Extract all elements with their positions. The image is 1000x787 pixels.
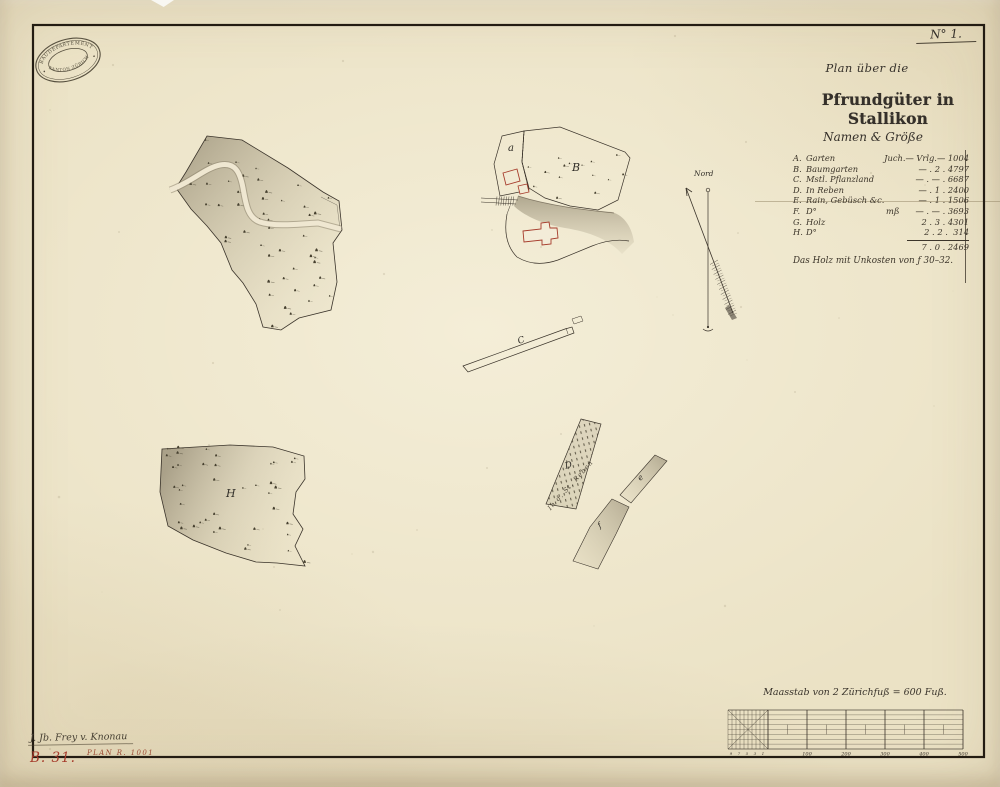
legend-value: — . 1 . 1506	[918, 195, 969, 206]
legend-value: Juch.— Vrlg.— 1004	[884, 153, 969, 164]
baudepartement-stamp: BAUDEPARTEMENT KANTON ZÜRICH	[30, 31, 105, 90]
scale-minor-label: 5	[746, 751, 749, 756]
page-title: Pfrundgüter in Stallikon	[788, 90, 988, 128]
legend-letter: C.	[793, 174, 806, 185]
stamp-bottom-text: KANTON ZÜRICH	[47, 53, 92, 77]
parcel-label-b: B	[572, 161, 580, 174]
scale-minor-label: 9	[730, 751, 733, 756]
scale-major-label: 500	[958, 752, 968, 758]
legend-value: — . — . 6687	[915, 174, 969, 185]
scale-minor-label: 1	[762, 751, 764, 756]
scale-minor-label: 7	[738, 751, 741, 756]
legend-value: — . 2 . 4797	[918, 164, 969, 175]
legend-row-f: F.D°mß— . — . 3693	[793, 206, 969, 217]
legend-row-a: A.GartenJuch.— Vrlg.— 1004	[793, 153, 969, 164]
legend-table: A.GartenJuch.— Vrlg.— 1004 B.Baumgarten—…	[793, 153, 969, 266]
parcel-holz-g	[170, 136, 342, 330]
legend-heading: Namen & Größe	[793, 130, 953, 144]
legend-value: 2 . 2 . 314	[924, 227, 969, 238]
legend-name: Baumgarten	[806, 164, 858, 175]
legend-letter: E.	[793, 195, 806, 206]
legend-name: D°	[806, 206, 817, 217]
legend-row-h: H.D°2 . 2 . 314	[793, 227, 969, 238]
church-outline	[523, 222, 558, 245]
map-pretitle: Plan über die	[792, 61, 942, 75]
legend-row-e: E.Rain, Gebüsch &c.— . 1 . 1506	[793, 195, 969, 206]
building-outline-1	[503, 169, 520, 185]
legend-name: Garten	[806, 153, 835, 164]
legend-name: D°	[806, 227, 817, 238]
legend-row-b: B.Baumgarten— . 2 . 4797	[793, 164, 969, 175]
parcel-strip-f	[573, 499, 629, 569]
surveyor-signature: J. Jb. Frey v. Knonau	[28, 731, 134, 746]
north-arrow	[686, 188, 737, 331]
scale-major-label: 400	[918, 752, 929, 758]
legend-letter: A.	[793, 153, 806, 164]
legend-letter: G.	[793, 217, 806, 228]
legend-column-rule	[965, 150, 966, 283]
north-label: Nord	[694, 169, 713, 178]
village-group	[481, 127, 634, 263]
building-outline-2	[518, 184, 529, 194]
legend-total: 7 . 0 . 2469	[907, 240, 969, 252]
legend-letter: D.	[793, 185, 806, 196]
plate-number: N° 1.	[916, 26, 977, 44]
scale-caption: Maasstab von 2 Zürichfuß = 600 Fuß.	[735, 687, 975, 698]
legend-total-row: 7 . 0 . 2469	[793, 240, 969, 252]
legend-row-g: G.Holz2 . 3 . 4301	[793, 217, 969, 228]
legend-row-d: D.In Reben— . 1 . 2400	[793, 185, 969, 196]
legend-name: Holz	[806, 217, 825, 228]
catalog-number: B. 31.	[30, 750, 76, 766]
legend-row-c: C.Mstl. Pflanzland— . — . 6687	[793, 174, 969, 185]
plan-reference: PLAN R. 1001	[87, 749, 154, 757]
legend-letter: H.	[793, 227, 806, 238]
road-lines	[481, 198, 518, 204]
bridge-hatch	[496, 197, 514, 206]
legend-letter: B.	[793, 164, 806, 175]
legend-letter: F.	[793, 206, 806, 217]
scale-major-label: 300	[880, 752, 890, 758]
legend-value: 2 . 3 . 4301	[922, 217, 970, 228]
scale-major-label: 200	[840, 752, 851, 758]
scale-bar-grid	[728, 710, 963, 749]
scale-minor-label: 3	[754, 751, 757, 756]
legend-note: Das Holz mit Unkosten von ƒ 30–32.	[793, 256, 969, 266]
legend-value: — . — . 3693	[915, 206, 969, 217]
legend-value: — . 1 . 2400	[918, 185, 969, 196]
legend-name: In Reben	[806, 185, 844, 196]
scale-major-label: 100	[802, 752, 812, 758]
parcel-label-a: a	[508, 143, 514, 154]
stream-wash	[514, 196, 634, 254]
legend-name: Mstl. Pflanzland	[806, 174, 874, 185]
parcel-label-h: H	[226, 487, 236, 500]
parcel-holz-h	[160, 445, 310, 566]
legend-extra: mß	[886, 206, 899, 217]
legend-name: Rain, Gebüsch &c.	[806, 195, 884, 206]
